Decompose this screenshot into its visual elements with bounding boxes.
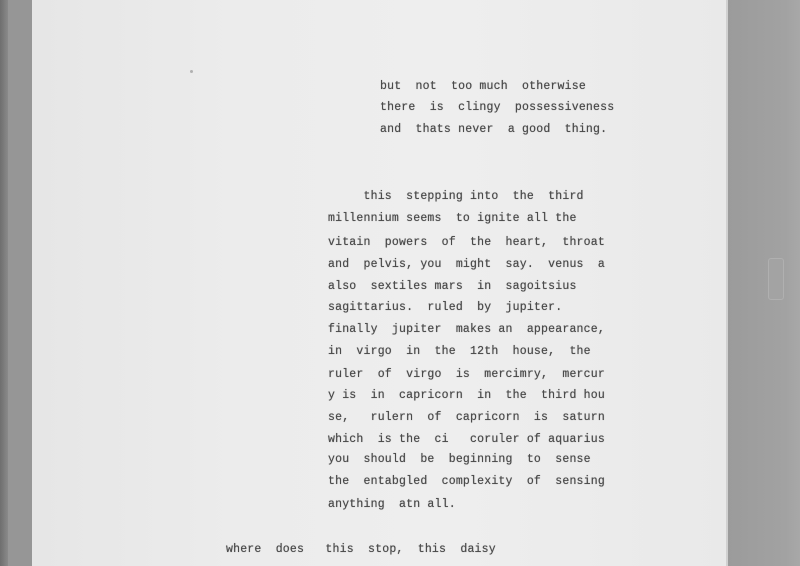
text-line: millennium seems to ignite all the: [328, 212, 577, 225]
text-line: vitain powers of the heart, throat: [328, 236, 605, 249]
text-line: but not too much otherwise: [380, 80, 586, 93]
scanner-left-border: [0, 0, 8, 566]
text-line: in virgo in the 12th house, the: [328, 345, 591, 358]
text-line: anything atn all.: [328, 498, 456, 511]
text-line: se, rulern of capricorn is saturn: [328, 411, 605, 424]
scanned-page-view: but not too much otherwise there is clin…: [0, 0, 800, 566]
scanner-left-edge: [8, 0, 32, 566]
text-line: you should be beginning to sense: [328, 453, 591, 466]
text-line: which is the ci coruler of aquarius: [328, 433, 605, 446]
text-line: and pelvis, you might say. venus a: [328, 258, 605, 271]
dust-speck: [190, 70, 193, 73]
text-line: y is in capricorn in the third hou: [328, 389, 605, 402]
text-line: also sextiles mars in sagoitsius: [328, 280, 577, 293]
text-line: and thats never a good thing.: [380, 123, 607, 136]
text-line: there is clingy possessiveness: [380, 101, 614, 114]
scanner-right-background: [728, 0, 800, 566]
text-line: finally jupiter makes an appearance,: [328, 323, 605, 336]
clip-mark: [768, 258, 784, 300]
text-line: where does this stop, this daisy: [226, 543, 496, 556]
text-line: ruler of virgo is mercimry, mercur: [328, 368, 605, 381]
text-line: this stepping into the third: [328, 190, 584, 203]
text-line: the entabgled complexity of sensing: [328, 475, 605, 488]
text-line: sagittarius. ruled by jupiter.: [328, 301, 562, 314]
